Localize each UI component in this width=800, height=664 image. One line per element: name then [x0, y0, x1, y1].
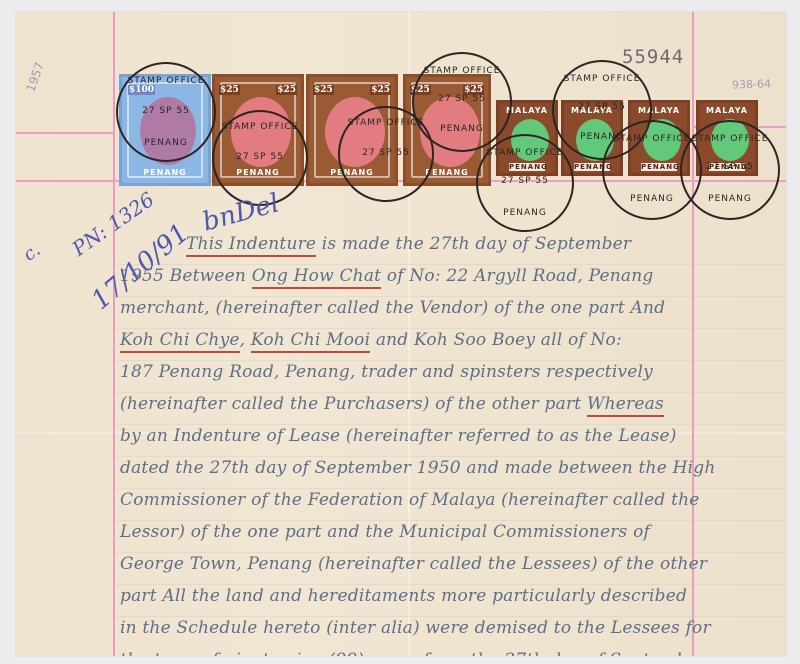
ruled-line — [113, 264, 786, 265]
ruled-line — [113, 488, 786, 489]
line-text: and Koh Soo Boey all of No: — [370, 330, 622, 350]
ruled-line — [113, 424, 786, 425]
ruled-line — [113, 360, 786, 361]
handwritten-line: 187 Penang Road, Penang, trader and spin… — [120, 362, 653, 382]
ruled-line — [113, 456, 786, 457]
handwritten-line: Koh Chi Chye, Koh Chi Mooi and Koh Soo B… — [120, 330, 622, 350]
handwritten-line: in the Schedule hereto (inter alia) were… — [120, 618, 711, 638]
line-text: of No: 22 Argyll Road, Penang — [381, 266, 653, 286]
ruled-line — [113, 296, 786, 297]
ruled-line — [113, 520, 786, 521]
ruled-line — [113, 328, 786, 329]
postmark-cancel: STAMP OFFICE 27 SP 55 PENANG — [680, 120, 780, 220]
ruled-line — [113, 392, 786, 393]
underlined-party-name: This Indenture — [186, 234, 316, 257]
handwritten-line: by an Indenture of Lease (hereinafter re… — [120, 426, 677, 446]
handwritten-line: dated the 27th day of September 1950 and… — [120, 458, 715, 478]
line-text: the term of ninety nine (99) years from … — [120, 650, 710, 656]
handwritten-line: George Town, Penang (hereinafter called … — [120, 554, 707, 574]
handwritten-line: the term of ninety nine (99) years from … — [120, 650, 710, 656]
handwritten-line: 1955 Between Ong How Chat of No: 22 Argy… — [120, 266, 654, 286]
line-text: George Town, Penang (hereinafter called … — [120, 554, 707, 574]
pencil-margin-note: 1957 — [23, 60, 47, 93]
handwritten-line: Commissioner of the Federation of Malaya… — [120, 490, 700, 510]
line-text: 187 Penang Road, Penang, trader and spin… — [120, 362, 653, 382]
ruled-line — [113, 584, 786, 585]
postmark-cancel: STAMP OFFICE 27 SP 55 PENANG — [412, 52, 512, 152]
line-text: part All the land and hereditaments more… — [120, 586, 687, 606]
pencil-reference: 938-64 — [732, 77, 771, 91]
line-text: merchant, (hereinafter called the Vendor… — [120, 298, 665, 318]
underlined-party-name: Ong How Chat — [252, 266, 382, 289]
line-text: in the Schedule hereto (inter alia) were… — [120, 618, 711, 638]
postmark-cancel: STAMP OFFICE 27 SP 55 PENANG — [476, 134, 574, 232]
line-text: Commissioner of the Federation of Malaya… — [120, 490, 700, 510]
handwritten-line: This Indenture is made the 27th day of S… — [186, 234, 631, 254]
left-margin-rule — [113, 12, 115, 656]
annotation-prefix: c. — [19, 239, 44, 265]
handwritten-line: Lessor) of the one part and the Municipa… — [120, 522, 650, 542]
line-text: is made the 27th day of September — [316, 234, 631, 254]
underlined-party-name: Koh Chi Chye — [120, 330, 240, 353]
line-text: (hereinafter called the Purchasers) of t… — [120, 394, 587, 414]
ruled-line — [113, 616, 786, 617]
handwritten-line: part All the land and hereditaments more… — [120, 586, 687, 606]
document-page: 55944 938-64 1957 PENANG $100 PENANG $25… — [16, 12, 786, 656]
handwritten-line: (hereinafter called the Purchasers) of t… — [120, 394, 664, 414]
line-text: dated the 27th day of September 1950 and… — [120, 458, 715, 478]
postmark-cancel: STAMP OFFICE 27 SP 55 PENANG — [116, 62, 216, 162]
margin-rule-horizontal — [16, 132, 113, 134]
line-text: , — [240, 330, 251, 350]
serial-number: 55944 — [622, 46, 684, 68]
line-text: Lessor) of the one part and the Municipa… — [120, 522, 650, 542]
underlined-party-name: Koh Chi Mooi — [251, 330, 370, 353]
handwritten-line: merchant, (hereinafter called the Vendor… — [120, 298, 665, 318]
line-text: 1955 Between — [120, 266, 252, 286]
line-text: by an Indenture of Lease (hereinafter re… — [120, 426, 677, 446]
ruled-line — [113, 552, 786, 553]
underlined-party-name: Whereas — [587, 394, 664, 417]
